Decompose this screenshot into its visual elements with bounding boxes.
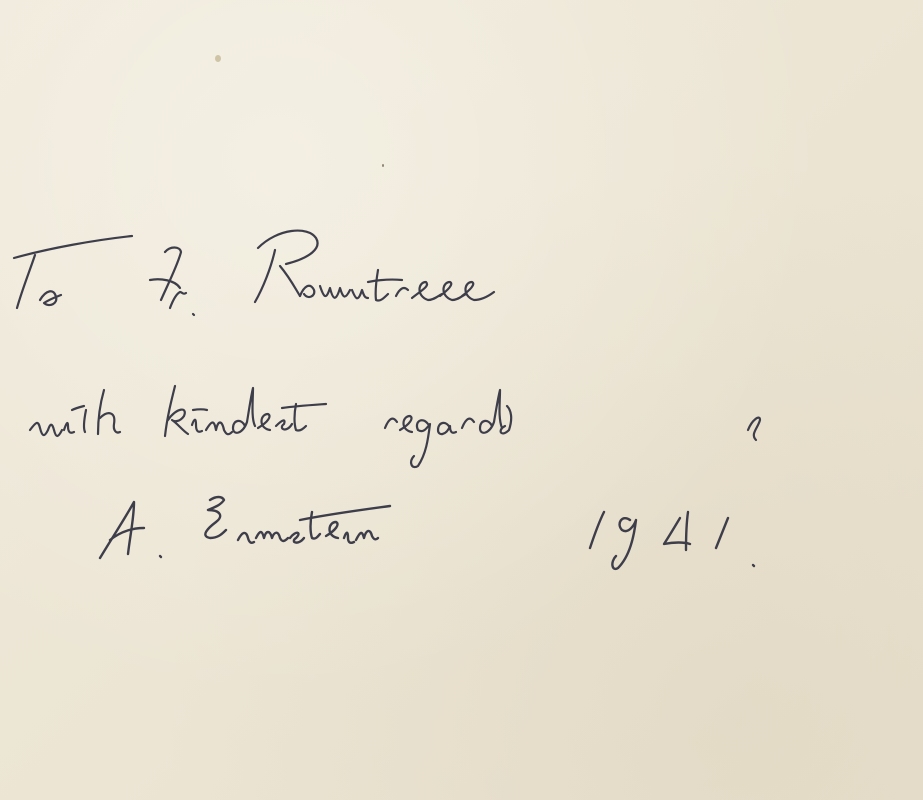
signature: A. Einstein (100, 498, 387, 558)
inscription-line-1: To Dr. Rowntree (14, 236, 442, 296)
paper-page: To Dr. Rowntree with kindest regards A. … (0, 0, 923, 800)
signature-year: 1941. (586, 504, 735, 564)
inscription-line-2: with kindest regards (30, 388, 556, 446)
